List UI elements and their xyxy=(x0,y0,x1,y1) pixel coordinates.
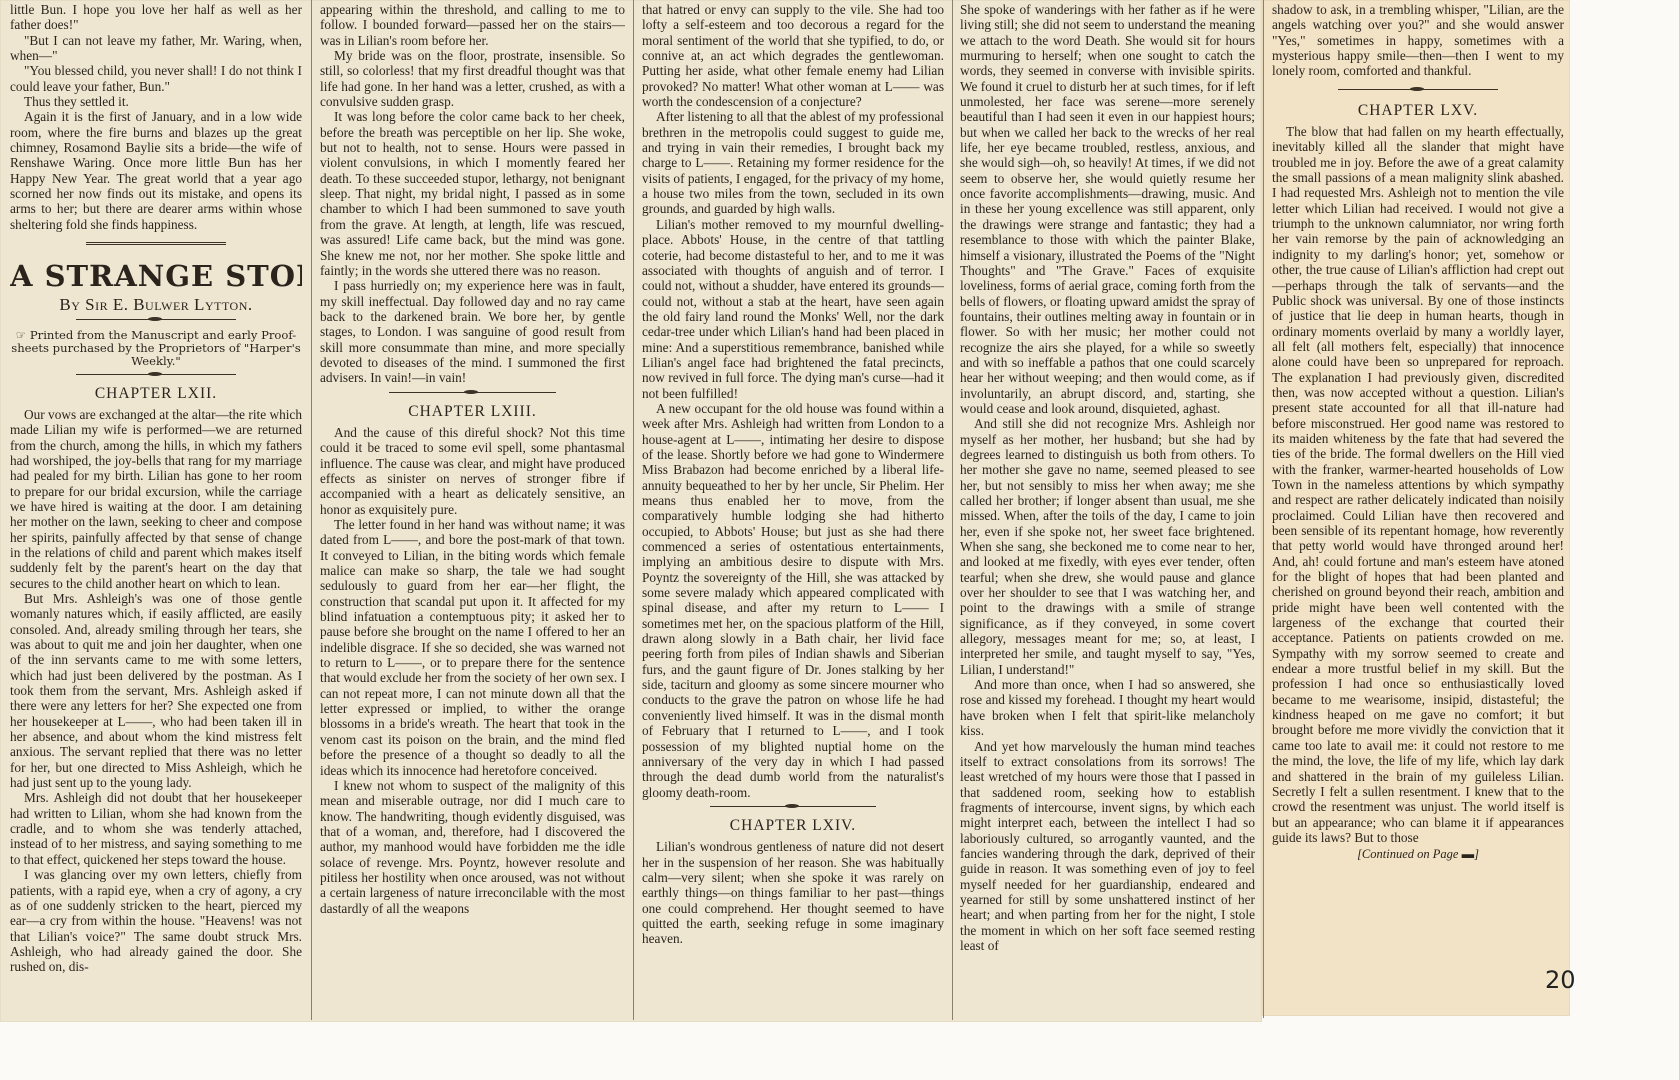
column-2: appearing within the threshold, and call… xyxy=(320,2,625,1020)
paragraph: Our vows are exchanged at the altar—the … xyxy=(10,407,302,591)
chapter-heading: CHAPTER LXIV. xyxy=(642,818,944,833)
paragraph: And still she did not recognize Mrs. Ash… xyxy=(960,416,1255,677)
column-5: shadow to ask, in a trembling whisper, "… xyxy=(1272,2,1564,1016)
paragraph: "But I can not leave my father, Mr. Wari… xyxy=(10,33,302,64)
column-rule xyxy=(311,0,312,1020)
paragraph: The letter found in her hand was without… xyxy=(320,517,625,778)
continued-notice: [Continued on Page ▬] xyxy=(1272,847,1564,862)
handwritten-page-number: 20 xyxy=(1545,966,1576,994)
ornament-divider xyxy=(76,374,237,378)
paragraph: A new occupant for the old house was fou… xyxy=(642,401,944,800)
paragraph: that hatred or envy can supply to the vi… xyxy=(642,2,944,109)
ornament-divider xyxy=(1338,89,1499,93)
paragraph: shadow to ask, in a trembling whisper, "… xyxy=(1272,2,1564,79)
paragraph: But Mrs. Ashleigh's was one of those gen… xyxy=(10,591,302,790)
publication-notice: ☞ Printed from the Manuscript and early … xyxy=(10,329,302,368)
section-divider xyxy=(86,242,226,245)
paragraph: little Bun. I hope you love her half as … xyxy=(10,2,302,33)
paragraph: And the cause of this direful shock? Not… xyxy=(320,425,625,517)
paragraph: And more than once, when I had so answer… xyxy=(960,677,1255,738)
chapter-heading: CHAPTER LXII. xyxy=(10,386,302,401)
paragraph: The blow that had fallen on my hearth ef… xyxy=(1272,124,1564,845)
chapter-heading: CHAPTER LXIII. xyxy=(320,404,625,419)
column-3: that hatred or envy can supply to the vi… xyxy=(642,2,944,1020)
paragraph: Lilian's wondrous gentleness of nature d… xyxy=(642,839,944,946)
ornament-divider xyxy=(76,319,237,323)
column-rule xyxy=(1263,0,1264,1018)
column-rule xyxy=(633,0,634,1020)
paragraph: "You blessed child, you never shall! I d… xyxy=(10,63,302,94)
column-4: She spoke of wanderings with her father … xyxy=(960,2,1255,1020)
article-headline: A STRANGE STORY. xyxy=(10,259,302,293)
paragraph: My bride was on the floor, prostrate, in… xyxy=(320,48,625,109)
chapter-heading: CHAPTER LXV. xyxy=(1272,103,1564,118)
paragraph: Again it is the first of January, and in… xyxy=(10,109,302,232)
column-1: little Bun. I hope you love her half as … xyxy=(10,2,302,1020)
paragraph: It was long before the color came back t… xyxy=(320,109,625,278)
paragraph: After listening to all that the ablest o… xyxy=(642,109,944,216)
paragraph: I pass hurriedly on; my experience here … xyxy=(320,278,625,385)
column-rule xyxy=(952,0,953,1020)
paragraph: appearing within the threshold, and call… xyxy=(320,2,625,48)
paragraph: She spoke of wanderings with her father … xyxy=(960,2,1255,416)
article-byline: By Sir E. Bulwer Lytton. xyxy=(10,297,302,312)
paragraph: I knew not whom to suspect of the malign… xyxy=(320,778,625,916)
ornament-divider xyxy=(710,806,876,810)
paragraph: Thus they settled it. xyxy=(10,94,302,109)
paragraph: And yet how marvelously the human mind t… xyxy=(960,739,1255,954)
paragraph: Mrs. Ashleigh did not doubt that her hou… xyxy=(10,790,302,867)
paragraph: Lilian's mother removed to my mournful d… xyxy=(642,217,944,401)
ornament-divider xyxy=(389,392,557,396)
paragraph: I was glancing over my own letters, chie… xyxy=(10,867,302,974)
